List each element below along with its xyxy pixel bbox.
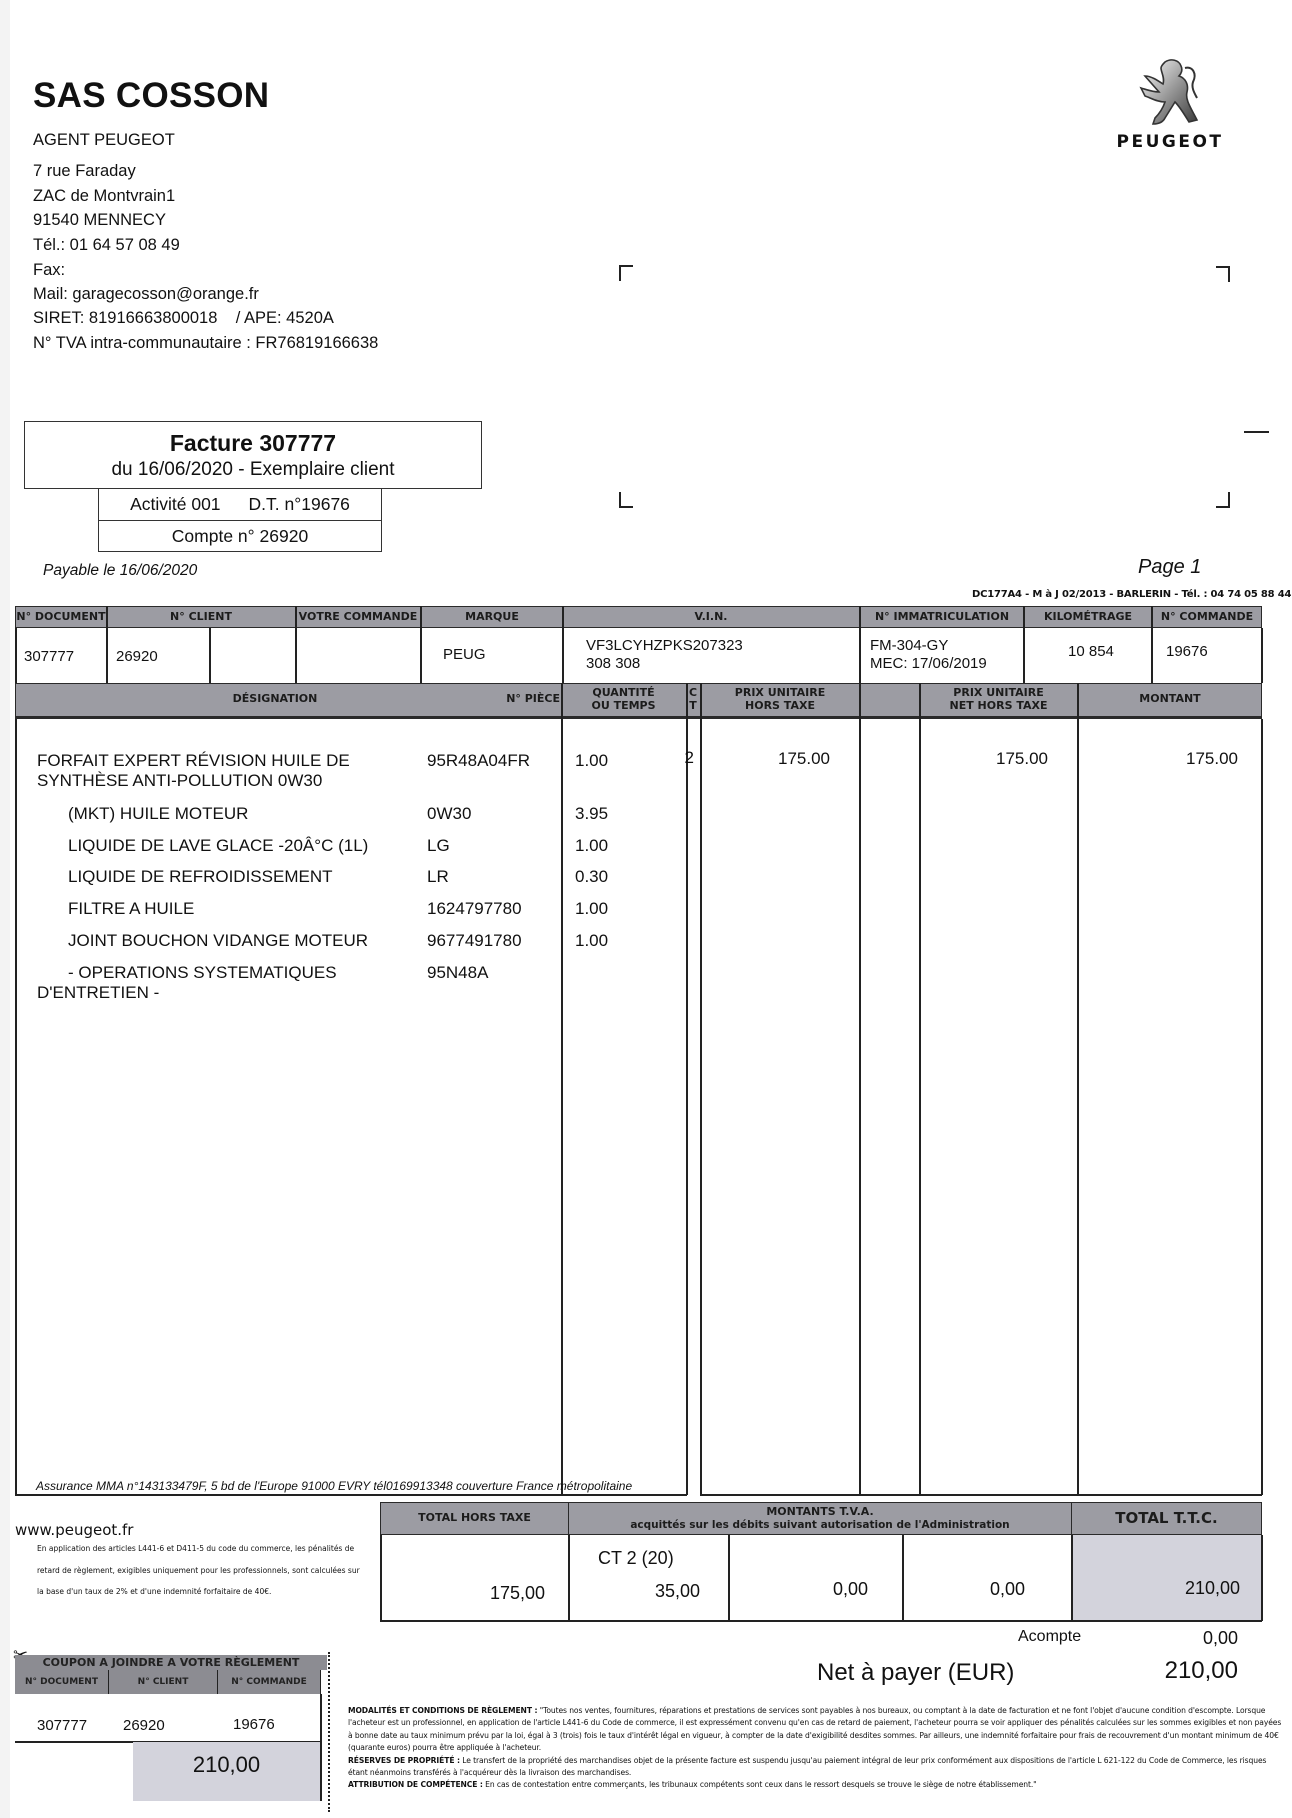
tva-column-2: 0,00 <box>740 1579 868 1600</box>
info-vin: VF3LCYHZPKS207323 <box>586 637 743 654</box>
item-3-description: LIQUIDE DE LAVE GLACE -20Â°C (1L) <box>68 836 368 856</box>
header-net-unit-price: PRIX UNITAIRE NET HORS TAXE <box>920 683 1077 716</box>
company-mail: Mail: garagecosson@orange.fr <box>33 285 259 304</box>
invoice-title: Facture 307777 <box>25 430 481 457</box>
item-1-description: FORFAIT EXPERT RÉVISION HUILE DE SYNTHÈS… <box>37 751 350 791</box>
legal-note-2: retard de règlement, exigibles uniquemen… <box>37 1566 360 1575</box>
header-order-number: N° COMMANDE <box>1152 606 1262 628</box>
coupon-client: 26920 <box>123 1717 165 1734</box>
brand-logo-text: PEUGEOT <box>1090 132 1250 152</box>
item-2-ref: 0W30 <box>427 804 471 824</box>
header-tva: MONTANTS T.V.A. acquittés sur les débits… <box>568 1502 1072 1535</box>
company-name: SAS COSSON <box>33 76 269 116</box>
tva-column-3: 0,00 <box>920 1579 1025 1600</box>
item-6-qty: 1.00 <box>575 931 608 951</box>
company-siret: SIRET: 81916663800018 / APE: 4520A <box>33 309 334 328</box>
info-document: 307777 <box>24 648 74 665</box>
item-4-description: LIQUIDE DE REFROIDISSEMENT <box>68 867 332 887</box>
form-reference: DC177A4 - M à J 02/2013 - BARLERIN - Tél… <box>972 589 1291 600</box>
header-votre-commande: VOTRE COMMANDE <box>296 606 420 628</box>
company-tva: N° TVA intra-communautaire : FR768191666… <box>33 334 378 353</box>
company-address-3: 91540 MENNECY <box>33 211 166 230</box>
item-6-ref: 9677491780 <box>427 931 522 951</box>
item-7-description: - OPERATIONS SYSTEMATIQUES D'ENTRETIEN - <box>37 963 337 1003</box>
company-address-1: 7 rue Faraday <box>33 162 136 181</box>
invoice-account: Compte n° 26920 <box>172 526 308 547</box>
item-5-ref: 1624797780 <box>427 899 522 919</box>
header-total-ttc: TOTAL T.T.C. <box>1071 1502 1262 1535</box>
header-vin: V.I.N. <box>563 606 859 628</box>
total-ttc-value: 210,00 <box>1100 1578 1240 1599</box>
window-corner-bottom-left <box>619 492 633 508</box>
coupon-cut-line <box>328 1652 330 1812</box>
header-montant: MONTANT <box>1078 683 1262 716</box>
invoice-subtitle: du 16/06/2020 - Exemplaire client <box>25 459 481 481</box>
payment-conditions: MODALITÉS ET CONDITIONS DE RÈGLEMENT : "… <box>348 1705 1288 1792</box>
item-5-qty: 1.00 <box>575 899 608 919</box>
item-7-ref: 95N48A <box>427 963 488 983</box>
item-3-qty: 1.00 <box>575 836 608 856</box>
invoice-title-box: Facture 307777 du 16/06/2020 - Exemplair… <box>24 421 482 489</box>
header-marque: MARQUE <box>421 606 563 628</box>
coupon-header-order: N° COMMANDE <box>218 1670 321 1694</box>
item-4-qty: 0.30 <box>575 867 608 887</box>
item-1-ref: 95R48A04FR <box>427 751 530 771</box>
net-to-pay-label: Net à payer (EUR) <box>817 1659 1014 1687</box>
coupon-header-client: N° CLIENT <box>109 1670 218 1694</box>
info-order-number: 19676 <box>1166 643 1208 660</box>
info-vin-model: 308 308 <box>586 655 640 672</box>
header-unit-price: PRIX UNITAIRE HORS TAXE <box>701 683 859 716</box>
company-address-2: ZAC de Montvrain1 <box>33 187 175 206</box>
insurance-note: Assurance MMA n°143133479F, 5 bd de l'Eu… <box>36 1479 632 1493</box>
peugeot-lion-icon <box>1135 58 1205 126</box>
header-client: N° CLIENT <box>107 606 295 628</box>
invoice-dt: D.T. n°19676 <box>249 494 350 515</box>
item-1-qty: 1.00 <box>575 751 608 771</box>
info-mec: MEC: 17/06/2019 <box>870 655 987 672</box>
window-corner-top-left <box>619 265 633 281</box>
item-4-ref: LR <box>427 867 449 887</box>
payable-date: Payable le 16/06/2020 <box>43 562 197 580</box>
invoice-activity-box: Activité 001 D.T. n°19676 Compte n° 2692… <box>98 489 382 552</box>
item-6-description: JOINT BOUCHON VIDANGE MOTEUR <box>68 931 368 951</box>
page-edge <box>0 0 10 1818</box>
item-2-description: (MKT) HUILE MOTEUR <box>68 804 248 824</box>
header-piece: N° PIÈCE <box>430 683 580 716</box>
website-link[interactable]: www.peugeot.fr <box>15 1521 133 1539</box>
tva-value: 35,00 <box>600 1581 700 1602</box>
item-1-montant: 175.00 <box>1110 749 1238 769</box>
invoice-activity: Activité 001 <box>130 494 220 515</box>
tva-code: CT 2 (20) <box>598 1548 674 1569</box>
coupon-header-document: N° DOCUMENT <box>15 1670 109 1694</box>
company-phone: Tél.: 01 64 57 08 49 <box>33 236 180 255</box>
item-1-unit-price: 175.00 <box>720 749 830 769</box>
acompte-label: Acompte <box>1018 1628 1081 1646</box>
info-client: 26920 <box>116 648 158 665</box>
brand-logo: PEUGEOT <box>1090 58 1250 152</box>
window-corner-top-right <box>1216 266 1230 282</box>
item-1-ct: 2 <box>682 748 694 768</box>
fold-mark <box>1244 431 1269 433</box>
net-to-pay-value: 210,00 <box>1100 1657 1238 1685</box>
info-kilometrage: 10 854 <box>1068 643 1114 660</box>
header-document: N° DOCUMENT <box>15 606 107 628</box>
header-kilometrage: KILOMÉTRAGE <box>1024 606 1152 628</box>
coupon-document: 307777 <box>37 1717 87 1734</box>
item-1-net-unit-price: 175.00 <box>940 749 1048 769</box>
total-ht-value: 175,00 <box>430 1583 545 1604</box>
coupon-amount: 210,00 <box>133 1752 320 1778</box>
coupon-order: 19676 <box>233 1716 275 1733</box>
info-immatriculation: FM-304-GY <box>870 637 948 654</box>
window-corner-bottom-right <box>1216 492 1230 508</box>
header-ct: C T <box>686 683 700 716</box>
item-5-description: FILTRE A HUILE <box>68 899 194 919</box>
coupon-title: COUPON A JOINDRE A VOTRE RÈGLEMENT <box>15 1655 327 1670</box>
legal-note-3: la base d'un taux de 2% et d'une indemni… <box>37 1587 271 1596</box>
header-immatriculation: N° IMMATRICULATION <box>860 606 1024 628</box>
item-3-ref: LG <box>427 836 450 856</box>
page-number: Page 1 <box>1138 556 1201 579</box>
company-fax: Fax: <box>33 261 65 280</box>
header-total-ht: TOTAL HORS TAXE <box>380 1502 569 1535</box>
item-2-qty: 3.95 <box>575 804 608 824</box>
acompte-value: 0,00 <box>1150 1628 1238 1649</box>
legal-note-1: En application des articles L441-6 et D4… <box>37 1544 354 1553</box>
info-marque: PEUG <box>443 646 486 663</box>
header-quantity: QUANTITÉ OU TEMPS <box>562 683 685 716</box>
company-subtitle: AGENT PEUGEOT <box>33 131 175 150</box>
